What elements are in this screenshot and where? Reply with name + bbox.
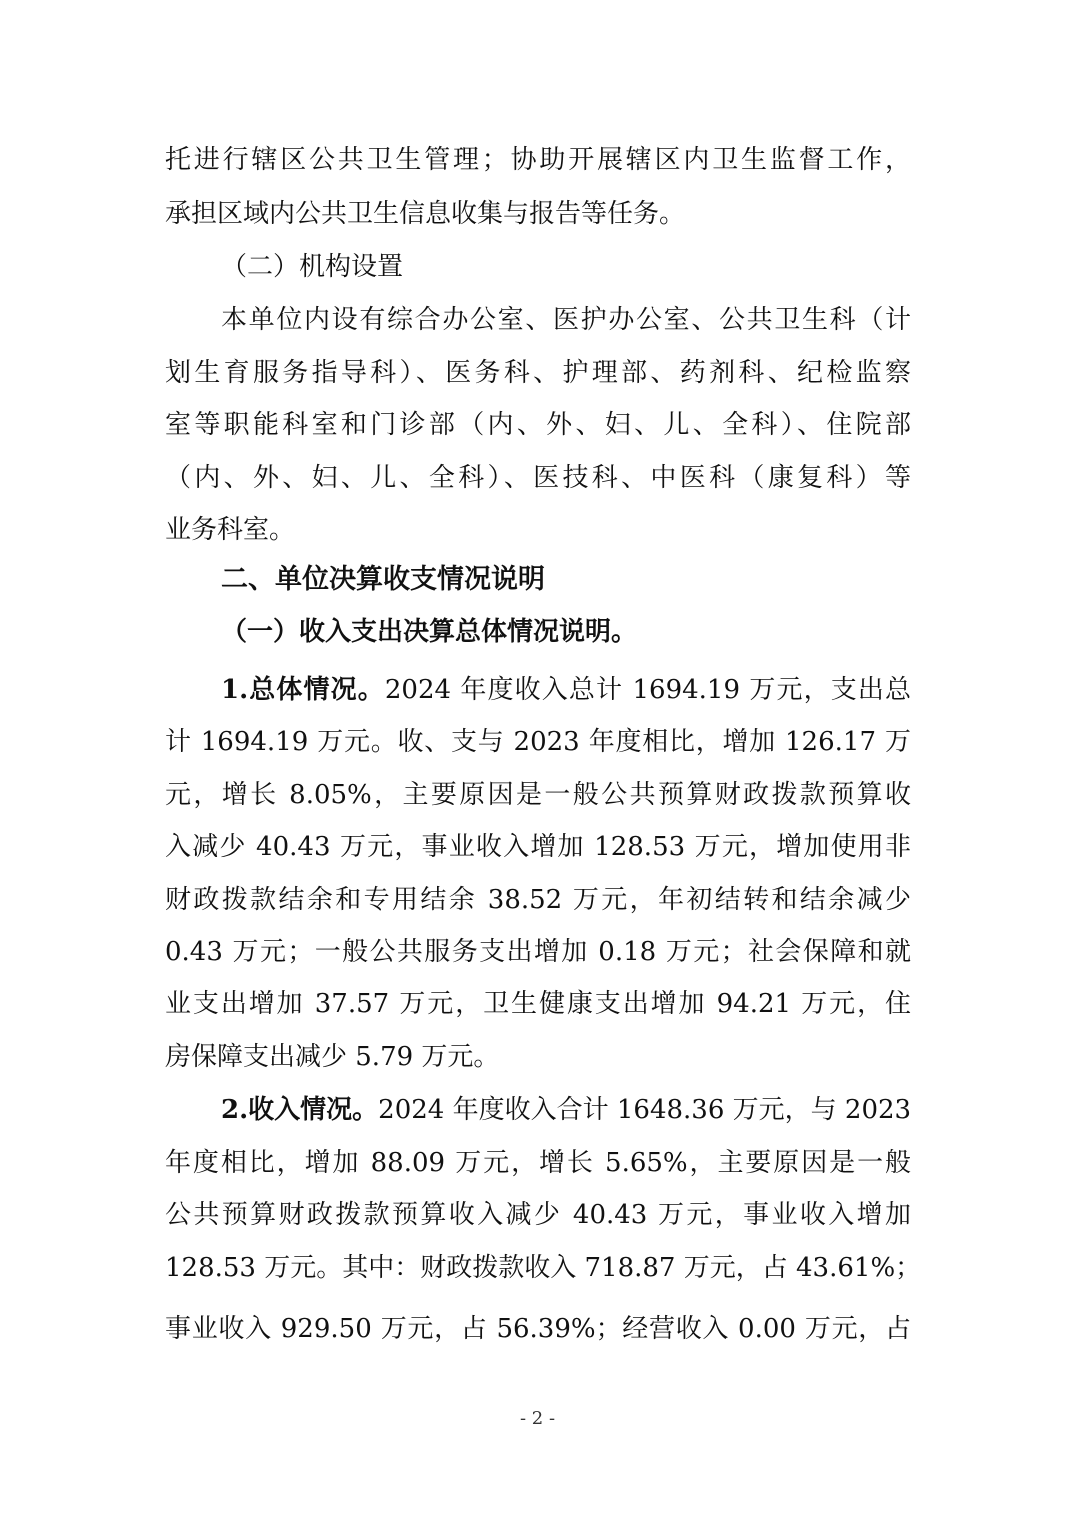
section-heading-2: 二、单位决算收支情况说明 — [221, 562, 921, 598]
section-heading-org: （二）机构设置 — [221, 249, 921, 285]
document-page: 托进行辖区公共卫生管理；协助开展辖区内卫生监督工作， 承担区域内公共卫生信息收集… — [0, 0, 1075, 1520]
body-text-line: 入减少 40.43 万元，事业收入增加 128.53 万元，增加使用非 — [165, 829, 911, 865]
body-text-line: 128.53 万元。其中：财政拨款收入 718.87 万元，占 43.61%； — [165, 1250, 911, 1286]
body-text-line: 元，增长 8.05%，主要原因是一般公共预算财政拨款预算收 — [165, 777, 911, 813]
body-text-line: 0.43 万元；一般公共服务支出增加 0.18 万元；社会保障和就 — [165, 934, 911, 970]
body-text-line: 业务科室。 — [165, 512, 911, 548]
body-text-line: 年度相比，增加 88.09 万元，增长 5.65%，主要原因是一般 — [165, 1145, 911, 1181]
page-number: - 2 - — [0, 1408, 1075, 1429]
body-text-line: 2.收入情况。2024 年度收入合计 1648.36 万元，与 2023 — [221, 1092, 911, 1128]
body-text-line: 本单位内设有综合办公室、医护办公室、公共卫生科（计 — [221, 302, 911, 338]
body-text-line: 事业收入 929.50 万元，占 56.39%；经营收入 0.00 万元，占 — [165, 1311, 911, 1347]
paragraph-text: 2024 年度收入合计 1648.36 万元，与 2023 — [378, 1095, 911, 1125]
body-text-line: 1.总体情况。2024 年度收入总计 1694.19 万元，支出总 — [221, 672, 911, 708]
body-text-line: 划生育服务指导科）、医务科、护理部、药剂科、纪检监察 — [165, 355, 911, 391]
body-text-line: 财政拨款结余和专用结余 38.52 万元，年初结转和结余减少 — [165, 882, 911, 918]
body-text-line: 计 1694.19 万元。收、支与 2023 年度相比，增加 126.17 万 — [165, 724, 911, 760]
body-text-line: 业支出增加 37.57 万元，卫生健康支出增加 94.21 万元，住 — [165, 986, 911, 1022]
body-text-line: 承担区域内公共卫生信息收集与报告等任务。 — [165, 196, 911, 232]
body-text-line: 室等职能科室和门诊部（内、外、妇、儿、全科）、住院部 — [165, 407, 911, 443]
body-text-line: 公共预算财政拨款预算收入减少 40.43 万元，事业收入增加 — [165, 1197, 911, 1233]
paragraph-lead: 2.收入情况。 — [221, 1095, 378, 1125]
paragraph-lead: 1.总体情况。 — [221, 675, 385, 705]
paragraph-text: 2024 年度收入总计 1694.19 万元，支出总 — [385, 675, 911, 705]
subsection-heading: （一）收入支出决算总体情况说明。 — [221, 614, 921, 650]
body-text-line: （内、外、妇、儿、全科）、医技科、中医科（康复科）等 — [165, 460, 911, 496]
body-text-line: 托进行辖区公共卫生管理；协助开展辖区内卫生监督工作， — [165, 142, 911, 178]
body-text-line: 房保障支出减少 5.79 万元。 — [165, 1039, 911, 1075]
